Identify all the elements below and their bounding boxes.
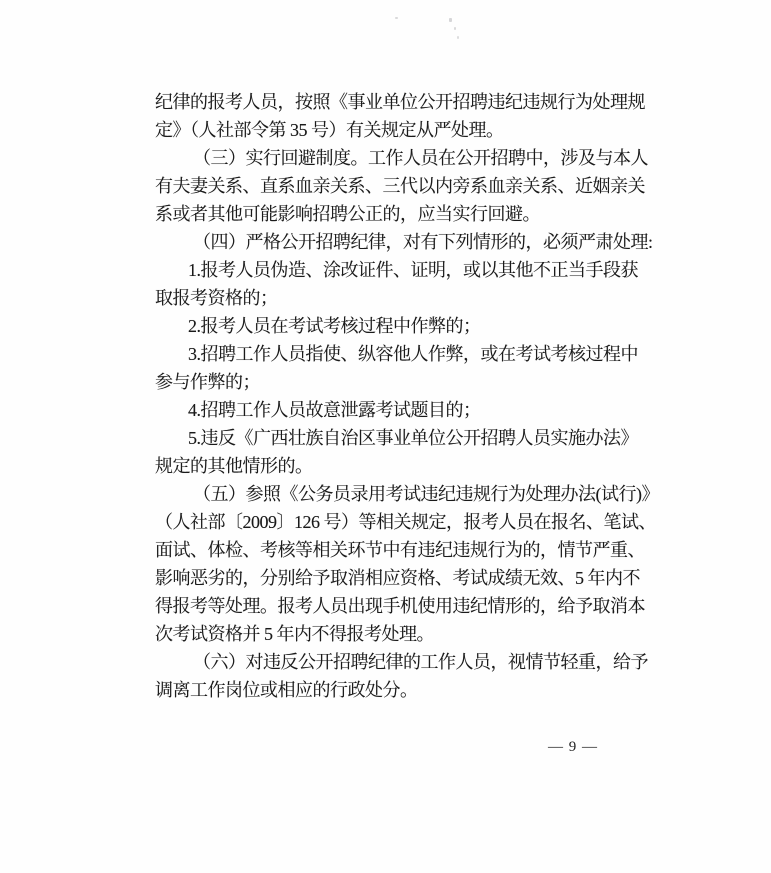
text-line: 2.报考人员在考试考核过程中作弊的； [155, 312, 655, 340]
text-line: 面试、体检、考核等相关环节中有违纪违规行为的，情节严重、 [155, 536, 655, 564]
text-line: 1.报考人员伪造、涂改证件、证明，或以其他不正当手段获 [155, 256, 655, 284]
text-line: （三）实行回避制度。工作人员在公开招聘中，涉及与本人 [155, 144, 655, 172]
document-page: 纪律的报考人员，按照《事业单位公开招聘违纪违规行为处理规定》（人社部令第 35 … [0, 0, 771, 873]
text-line: 参与作弊的； [155, 368, 655, 396]
text-line: 定》（人社部令第 35 号）有关规定从严处理。 [155, 116, 655, 144]
text-line: 系或者其他可能影响招聘公正的，应当实行回避。 [155, 200, 655, 228]
text-line: （五）参照《公务员录用考试违纪违规行为处理办法(试行)》 [155, 480, 655, 508]
text-line: 有夫妻关系、直系血亲关系、三代以内旁系血亲关系、近姻亲关 [155, 172, 655, 200]
text-line: 规定的其他情形的。 [155, 452, 655, 480]
text-line: 4.招聘工作人员故意泄露考试题目的； [155, 396, 655, 424]
text-line: （四）严格公开招聘纪律，对有下列情形的，必须严肃处理: [155, 228, 655, 256]
scan-speck [454, 27, 456, 30]
text-line: 次考试资格并 5 年内不得报考处理。 [155, 620, 655, 648]
text-line: 影响恶劣的，分别给予取消相应资格、考试成绩无效、5 年内不 [155, 564, 655, 592]
text-line: 纪律的报考人员，按照《事业单位公开招聘违纪违规行为处理规 [155, 88, 655, 116]
scan-speck [449, 18, 452, 22]
text-line: 取报考资格的； [155, 284, 655, 312]
text-line: （人社部〔2009〕126 号）等相关规定，报考人员在报名、笔试、 [155, 508, 655, 536]
text-line: 3.招聘工作人员指使、纵容他人作弊，或在考试考核过程中 [155, 340, 655, 368]
text-line: 5.违反《广西壮族自治区事业单位公开招聘人员实施办法》 [155, 424, 655, 452]
scan-speck [457, 36, 459, 39]
page-number: — 9 — [540, 733, 606, 761]
text-line: （六）对违反公开招聘纪律的工作人员，视情节轻重，给予 [155, 648, 655, 676]
scan-speck [395, 17, 398, 19]
text-line: 调离工作岗位或相应的行政处分。 [155, 676, 655, 704]
text-line: 得报考等处理。报考人员出现手机使用违纪情形的，给予取消本 [155, 592, 655, 620]
document-text: 纪律的报考人员，按照《事业单位公开招聘违纪违规行为处理规定》（人社部令第 35 … [155, 88, 655, 704]
